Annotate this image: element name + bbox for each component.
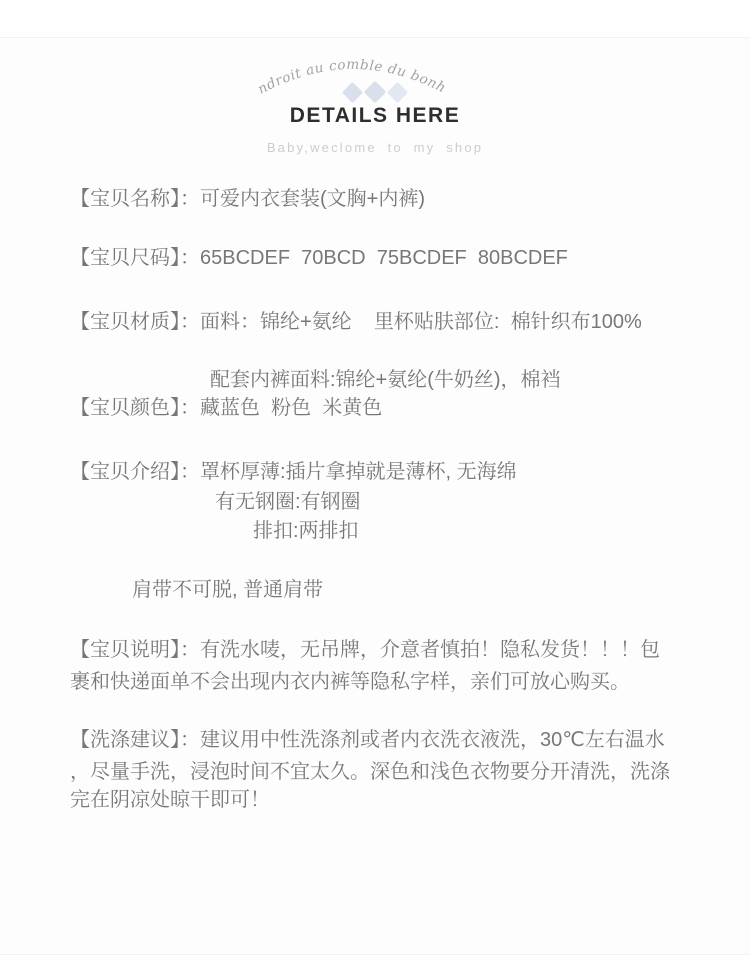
row-product-intro: 【宝贝介绍】：罩杯厚薄:插片拿掉就是薄杯, 无海绵	[70, 458, 517, 486]
field-value: 罩杯厚薄:插片拿掉就是薄杯, 无海绵	[200, 461, 517, 483]
field-value: 可爱内衣套装(文胸+内裤)	[200, 188, 425, 210]
field-value: 有无钢圈:有钢圈	[215, 491, 361, 513]
row-product-note-line1: 【宝贝说明】：有洗水唛，无吊牌，介意者慎拍！隐私发货！！！包	[70, 636, 660, 664]
field-value: 肩带不可脱, 普通肩带	[132, 579, 323, 601]
field-value: 65BCDEF 70BCD 75BCDEF 80BCDEF	[200, 247, 568, 269]
content-card	[0, 37, 750, 955]
intro-line-hooks: 排扣:两排扣	[253, 517, 359, 545]
row-product-note-line2: 裹和快递面单不会出现内衣内裤等隐私字样，亲们可放心购买。	[70, 668, 630, 696]
field-label: 【宝贝尺码】：	[70, 247, 200, 269]
field-label: 【宝贝介绍】：	[70, 461, 200, 483]
intro-line-underwire: 有无钢圈:有钢圈	[215, 488, 361, 516]
page-title: DETAILS HERE	[0, 103, 750, 129]
field-label: 【宝贝颜色】：	[70, 397, 200, 419]
row-product-material: 【宝贝材质】：面料：锦纶+氨纶 里杯贴肤部位: 棉针织布100%	[70, 308, 642, 336]
diamond-icon	[364, 81, 387, 104]
field-value: 排扣:两排扣	[253, 520, 359, 542]
product-detail-page: l' endroit au comble du bonheur DETAILS …	[0, 0, 750, 960]
field-value: 【宝贝说明】：有洗水唛，无吊牌，介意者慎拍！隐私发货！！！包	[70, 639, 660, 661]
row-material-extra: 配套内裤面料:锦纶+氨纶(牛奶丝)，棉裆	[210, 366, 561, 394]
diamond-icon	[342, 81, 363, 102]
row-product-color: 【宝贝颜色】：藏蓝色 粉色 米黄色	[70, 394, 382, 422]
row-product-name: 【宝贝名称】：可爱内衣套装(文胸+内裤)	[70, 185, 425, 213]
field-value: ，尽量手洗，浸泡时间不宜太久。深色和浅色衣物要分开清洗，洗涤	[70, 761, 670, 783]
row-washing-advice-line2: ，尽量手洗，浸泡时间不宜太久。深色和浅色衣物要分开清洗，洗涤	[70, 758, 670, 786]
field-value: 面料：锦纶+氨纶 里杯贴肤部位: 棉针织布100%	[200, 311, 642, 333]
field-value: 【洗涤建议】：建议用中性洗涤剂或者内衣洗衣液洗，30℃左右温水	[70, 729, 665, 751]
field-value: 裹和快递面单不会出现内衣内裤等隐私字样，亲们可放心购买。	[70, 671, 630, 693]
shop-welcome-text: Baby,weclome to my shop	[0, 139, 750, 157]
field-value: 完在阴凉处晾干即可！	[70, 789, 270, 811]
row-product-size: 【宝贝尺码】：65BCDEF 70BCD 75BCDEF 80BCDEF	[70, 244, 568, 272]
row-washing-advice-line3: 完在阴凉处晾干即可！	[70, 786, 270, 814]
intro-line-straps: 肩带不可脱, 普通肩带	[132, 576, 323, 604]
diamond-divider	[0, 84, 750, 100]
row-washing-advice-line1: 【洗涤建议】：建议用中性洗涤剂或者内衣洗衣液洗，30℃左右温水	[70, 726, 665, 754]
field-value: 配套内裤面料:锦纶+氨纶(牛奶丝)，棉裆	[210, 369, 561, 391]
field-value: 藏蓝色 粉色 米黄色	[200, 397, 382, 419]
field-label: 【宝贝材质】：	[70, 311, 200, 333]
diamond-icon	[387, 81, 408, 102]
field-label: 【宝贝名称】：	[70, 188, 200, 210]
